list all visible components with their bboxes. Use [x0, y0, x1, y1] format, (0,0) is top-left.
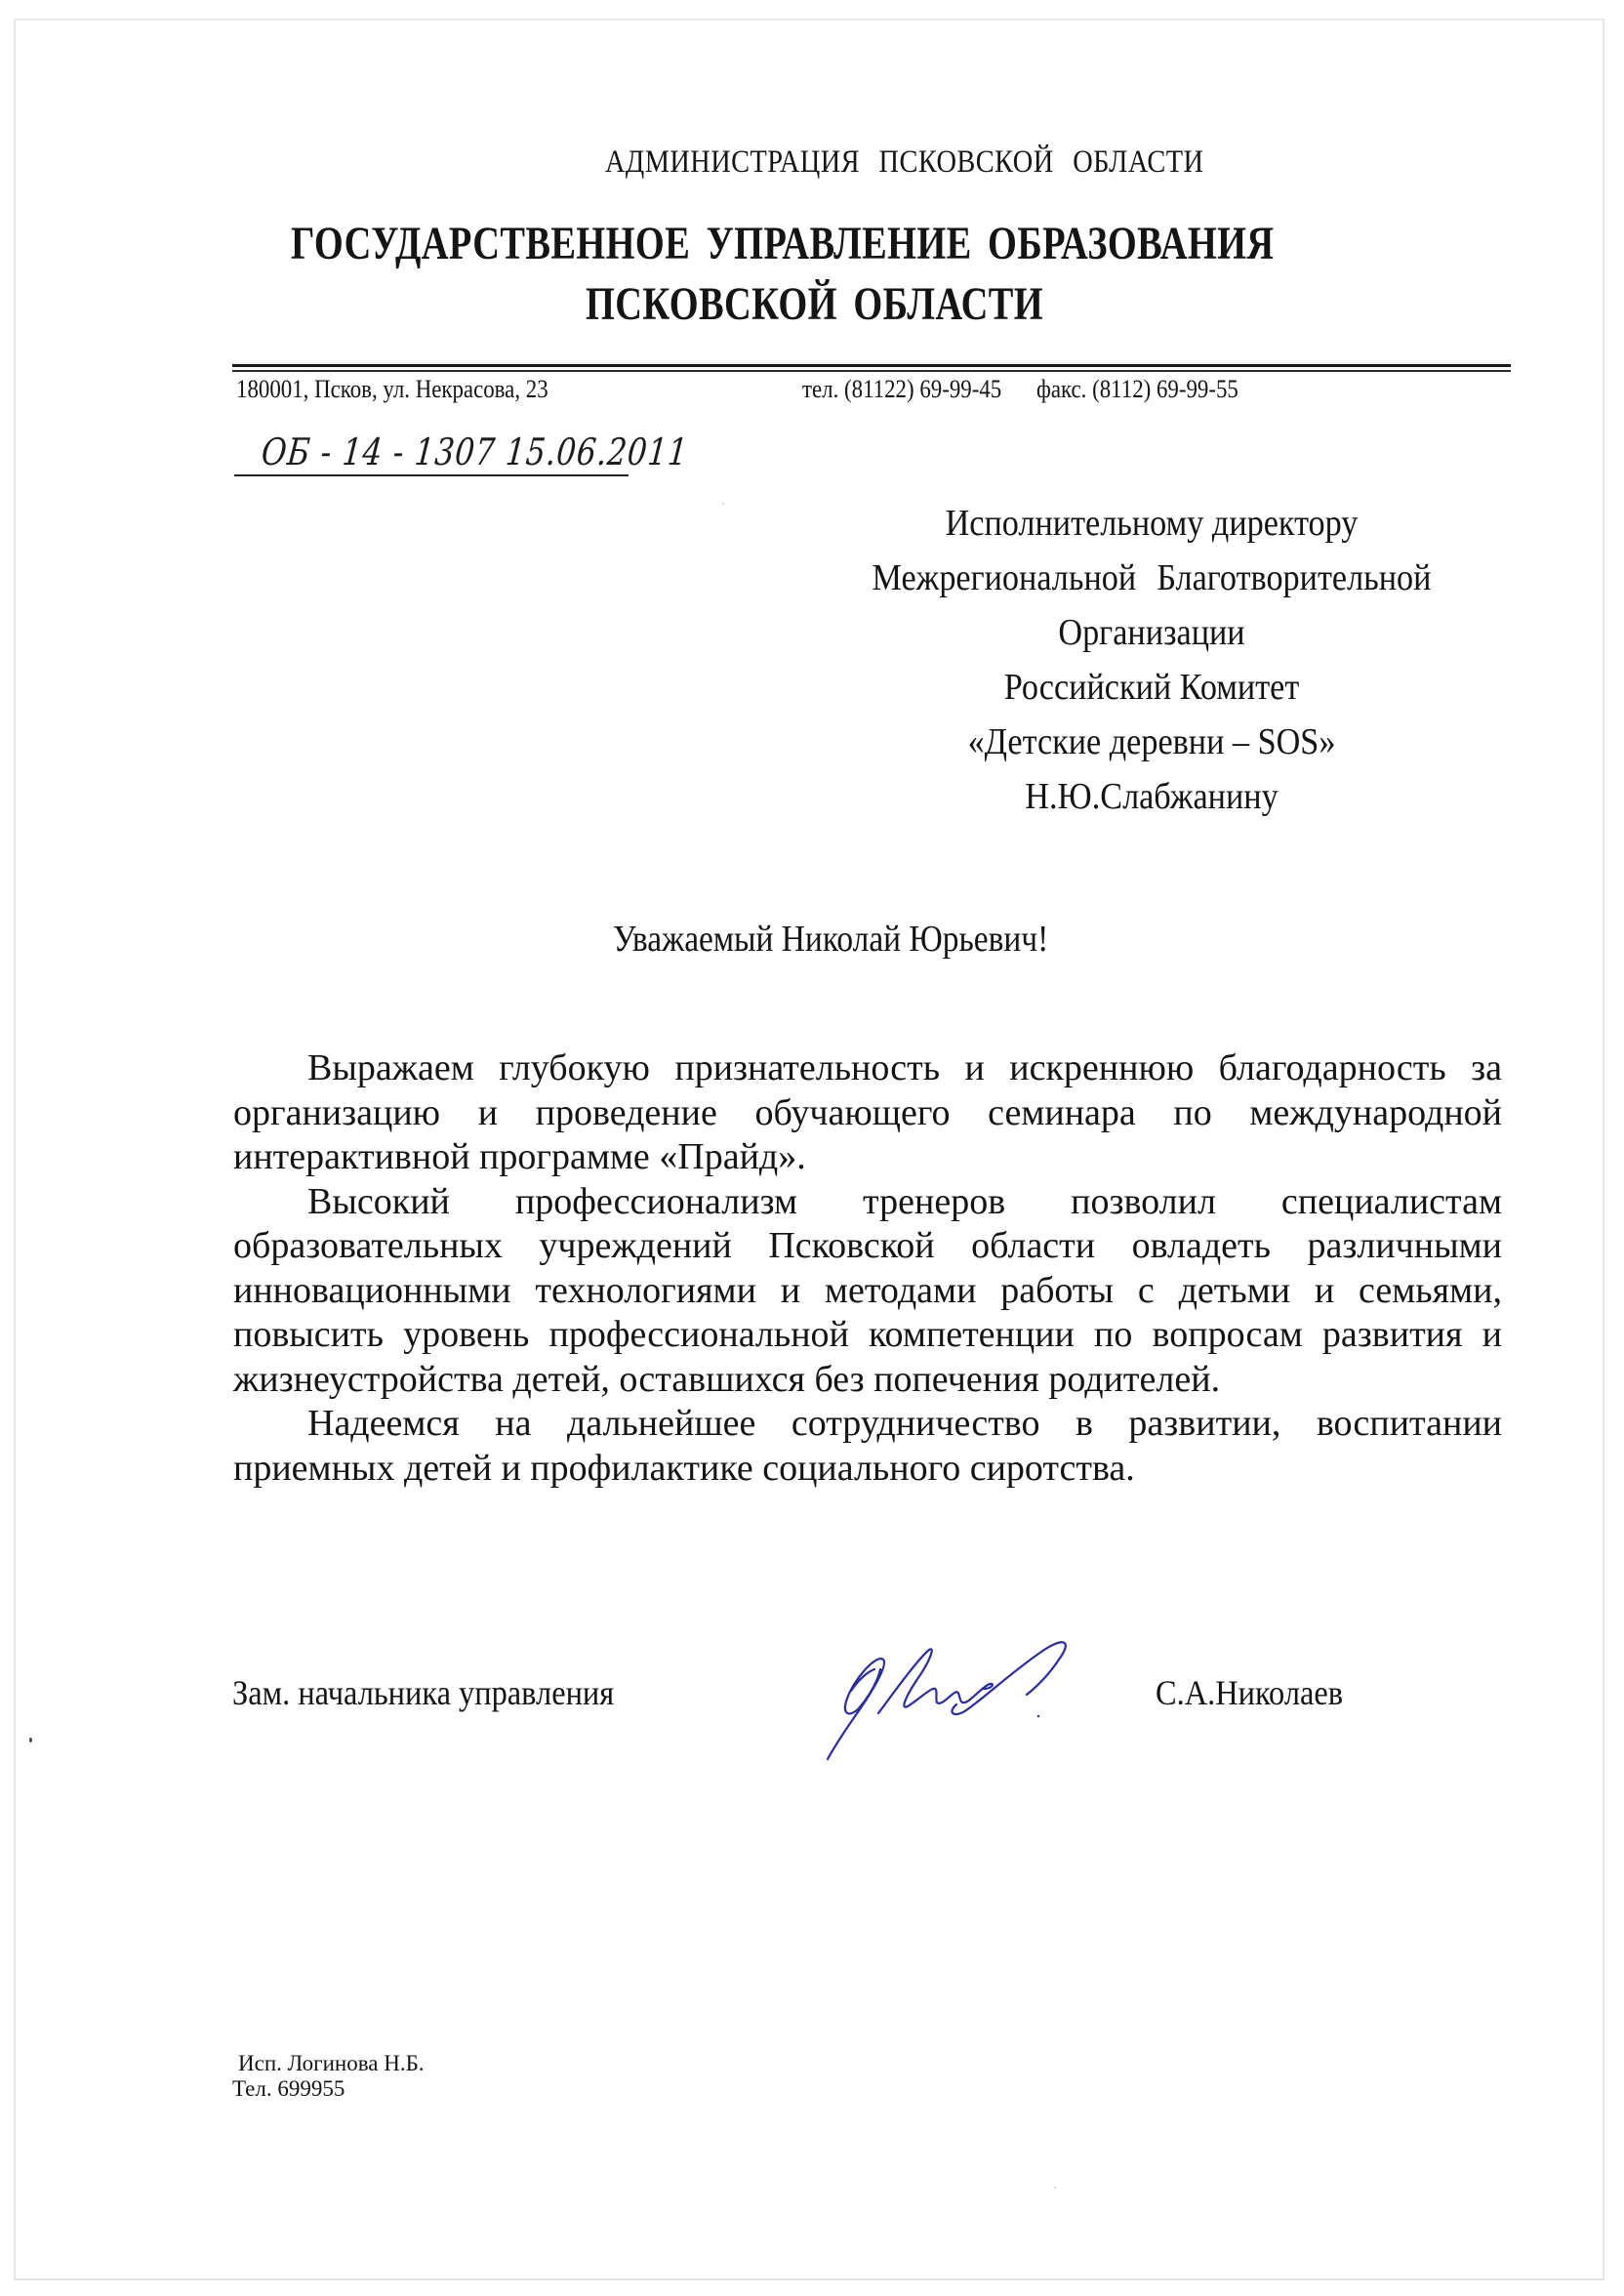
administration-heading: АДМИНИСТРАЦИЯ ПСКОВСКОЙ ОБЛАСТИ — [605, 144, 1203, 181]
body-line: образовательных учреждений Псковской обл… — [233, 1224, 1502, 1269]
signatory-name: С.А.Николаев — [1156, 1672, 1343, 1713]
addressee-block: Исполнительному директору Межрегионально… — [800, 496, 1503, 824]
paragraph: Надеемся на дальнейшее сотрудничество в … — [233, 1402, 1502, 1491]
letterhead-divider-thick — [232, 364, 1511, 367]
executor-phone: Тел. 699955 — [232, 2076, 345, 2102]
body-line: инновационными технологиями и методами р… — [233, 1269, 1502, 1314]
signatory-title: Зам. начальника управления — [232, 1672, 614, 1713]
organization-title-line-2: ПСКОВСКОЙ ОБЛАСТИ — [586, 277, 1043, 331]
addressee-line: Н.Ю.Слабжанину — [835, 769, 1468, 824]
paragraph: Высокий профессионализм тренеров позволи… — [233, 1180, 1502, 1403]
handwritten-signature-icon — [810, 1620, 1083, 1767]
body-line: интерактивной программе «Прайд». — [233, 1135, 1502, 1180]
paragraph: Выражаем глубокую признательность и искр… — [233, 1046, 1502, 1180]
addressee-line: Межрегиональной Благотворительной — [835, 551, 1468, 605]
body-line: повысить уровень профессиональной компет… — [233, 1313, 1502, 1358]
scan-speck — [29, 1738, 32, 1742]
organization-address: 180001, Псков, ул. Некрасова, 23 — [236, 375, 548, 404]
scan-speck — [1054, 2187, 1056, 2189]
organization-fax: факс. (8112) 69-99-55 — [1036, 375, 1238, 404]
body-line: Надеемся на дальнейшее сотрудничество в … — [233, 1402, 1502, 1447]
scan-speck — [722, 503, 724, 505]
body-line: Высокий профессионализм тренеров позволи… — [233, 1180, 1502, 1225]
letter-body: Выражаем глубокую признательность и искр… — [233, 1046, 1502, 1491]
salutation: Уважаемый Николай Юрьевич! — [613, 918, 1048, 961]
letterhead-divider-thin — [232, 370, 1511, 372]
organization-phone: тел. (81122) 69-99-45 — [802, 375, 1001, 404]
registration-number: ОБ - 14 - 1307 15.06.2011 — [260, 430, 690, 473]
addressee-line: Организации — [835, 605, 1468, 660]
body-line: организацию и проведение обучающего семи… — [233, 1091, 1502, 1136]
organization-title-line-1: ГОСУДАРСТВЕННОЕ УПРАВЛЕНИЕ ОБРАЗОВАНИЯ — [291, 217, 1275, 270]
addressee-line: «Детские деревни – SOS» — [835, 715, 1468, 769]
body-line: Выражаем глубокую признательность и искр… — [233, 1046, 1502, 1091]
addressee-line: Исполнительному директору — [835, 496, 1468, 551]
registration-underline — [234, 474, 629, 476]
executor-name: Исп. Логинова Н.Б. — [238, 2050, 425, 2076]
body-line: приемных детей и профилактике социальног… — [233, 1447, 1502, 1492]
body-line: жизнеустройства детей, оставшихся без по… — [233, 1358, 1502, 1403]
addressee-line: Российский Комитет — [835, 660, 1468, 715]
